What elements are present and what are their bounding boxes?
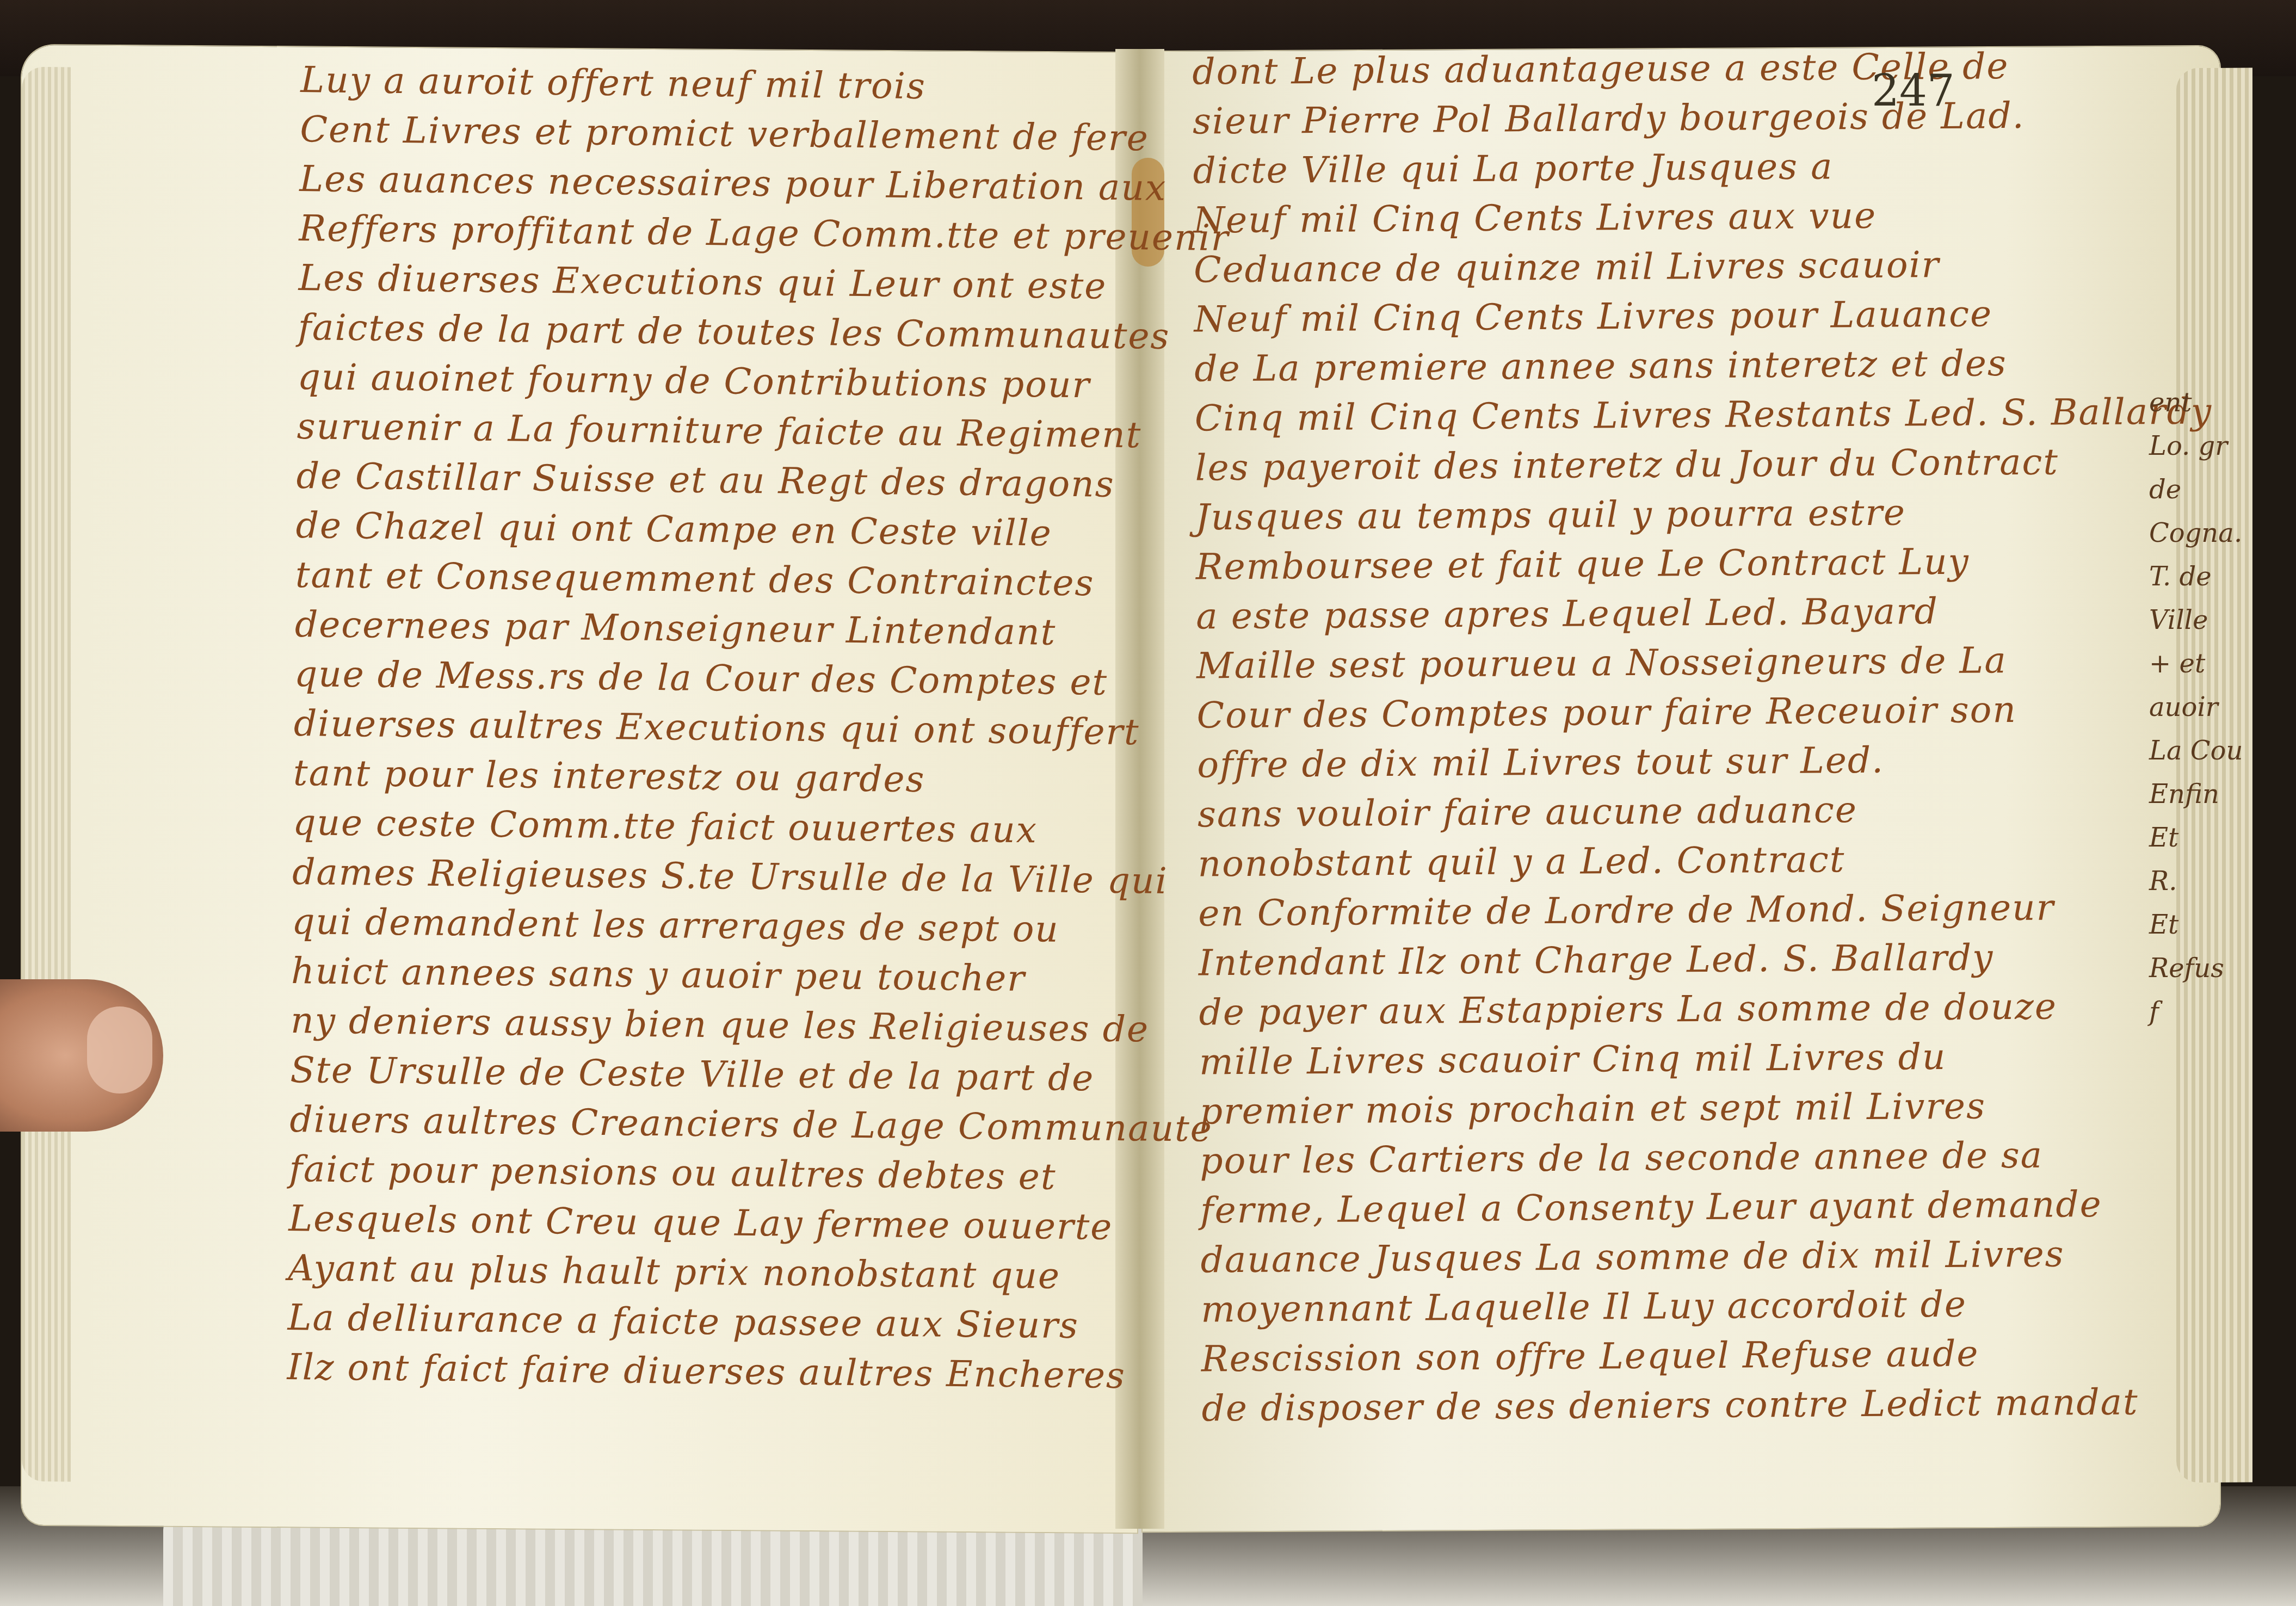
thumbnail	[87, 1006, 152, 1094]
manuscript-line: Les auances necessaires pour Liberation …	[299, 154, 1230, 213]
manuscript-line: ferme, Lequel a Consenty Leur ayant dema…	[1200, 1178, 2218, 1235]
manuscript-line: Reffers proffitant de Lage Comm.tte et p…	[299, 203, 1230, 263]
manuscript-line: a este passe apres Lequel Led. Bayard	[1196, 584, 2214, 641]
margin-note: ent	[2149, 381, 2243, 424]
margin-note: Et	[2149, 816, 2243, 860]
manuscript-line: huict annees sans y auoir peu toucher	[291, 946, 1222, 1005]
manuscript-line: Les diuerses Executions qui Leur ont est…	[298, 253, 1229, 312]
manuscript-line: dicte Ville qui La porte Jusques a	[1193, 139, 2211, 195]
margin-note: Et	[2149, 903, 2243, 947]
manuscript-line: suruenir a La fourniture faicte au Regim…	[297, 401, 1227, 461]
manuscript-line: Neuf mil Cinq Cents Livres aux vue	[1193, 188, 2211, 245]
manuscript-line: les payeroit des interetz du Jour du Con…	[1195, 436, 2213, 492]
margin-note: Enfin	[2149, 773, 2243, 816]
manuscript-line: que de Mess.rs de la Cour des Comptes et	[294, 649, 1225, 708]
margin-note: Lo. gr	[2149, 424, 2243, 468]
margin-note: La Cou	[2149, 729, 2243, 773]
right-page-text: dont Le plus aduantageuse a este Celle d…	[1192, 40, 2219, 1434]
margin-note: R.	[2149, 860, 2243, 903]
manuscript-line: mille Livres scauoir Cinq mil Livres du	[1199, 1030, 2217, 1086]
margin-note: Ville	[2149, 598, 2243, 642]
manuscript-line: Ilz ont faict faire diuerses aultres Enc…	[287, 1342, 1218, 1401]
manuscript-line: de Castillar Suisse et au Regt des drago…	[296, 451, 1227, 510]
manuscript-line: de Chazel qui ont Campe en Ceste ville	[295, 501, 1226, 560]
manuscript-line: en Conformite de Lordre de Mond. Seigneu…	[1198, 881, 2216, 938]
manuscript-line: Cour des Comptes pour faire Receuoir son	[1196, 683, 2214, 740]
manuscript-line: Ayant au plus hault prix nonobstant que	[288, 1243, 1219, 1302]
manuscript-line: diuerses aultres Executions qui ont souf…	[294, 699, 1225, 758]
margin-note: de	[2149, 468, 2243, 511]
manuscript-line: dames Religieuses S.te Ursulle de la Vil…	[292, 847, 1223, 906]
left-page-text: Luy a auroit offert neuf mil troisCent L…	[287, 55, 1231, 1401]
manuscript-line: Neuf mil Cinq Cents Livres pour Lauance	[1194, 287, 2212, 344]
margin-notes: entLo. grdeCogna.T. deVille+ etauoirLa C…	[2149, 381, 2243, 1034]
manuscript-line: Cinq mil Cinq Cents Livres Restants Led.…	[1195, 386, 2213, 443]
manuscript-line: tant et Consequemment des Contrainctes	[295, 550, 1226, 609]
manuscript-line: premier mois prochain et sept mil Livres	[1199, 1079, 2217, 1136]
manuscript-line: de disposer de ses deniers contre Ledict…	[1201, 1376, 2219, 1433]
manuscript-line: faictes de la part de toutes les Communa…	[298, 302, 1229, 362]
manuscript-line: dont Le plus aduantageuse a este Celle d…	[1192, 40, 2210, 97]
manuscript-line: qui demandent les arrerages de sept ou	[292, 897, 1223, 956]
manuscript-line: qui auoinet fourny de Contributions pour	[297, 352, 1228, 411]
margin-note: T. de	[2149, 555, 2243, 598]
manuscript-line: dauance Jusques La somme de dix mil Livr…	[1200, 1228, 2218, 1284]
manuscript-line: de payer aux Estappiers La somme de douz…	[1199, 980, 2217, 1037]
margin-note: + et	[2149, 642, 2243, 685]
manuscript-line: Rescission son offre Lequel Refuse aude	[1201, 1327, 2219, 1383]
manuscript-line: sans vouloir faire aucune aduance	[1198, 782, 2215, 839]
manuscript-line: faict pour pensions ou aultres debtes et	[289, 1144, 1220, 1203]
manuscript-line: moyennant Laquelle Il Luy accordoit de	[1201, 1277, 2219, 1334]
manuscript-line: pour les Cartiers de la seconde annee de…	[1200, 1129, 2218, 1185]
left-page-edges	[22, 67, 71, 1482]
manuscript-line: Ste Ursulle de Ceste Ville et de la part…	[290, 1045, 1221, 1104]
manuscript-line: Jusques au temps quil y pourra estre	[1195, 485, 2213, 542]
manuscript-line: Remboursee et fait que Le Contract Luy	[1195, 535, 2213, 591]
manuscript-line: Lesquels ont Creu que Lay fermee ouuerte	[288, 1194, 1219, 1253]
manuscript-line: Maille sest pourueu a Nosseigneurs de La	[1196, 634, 2214, 690]
page-number: 247	[1872, 65, 1955, 116]
manuscript-line: decernees par Monseigneur Lintendant	[294, 600, 1225, 659]
margin-note: Cogna.	[2149, 511, 2243, 555]
manuscript-line: offre de dix mil Livres tout sur Led.	[1197, 733, 2215, 789]
manuscript-line: sieur Pierre Pol Ballardy bourgeois de L…	[1193, 90, 2211, 146]
margin-note: auoir	[2149, 685, 2243, 729]
manuscript-line: ny deniers aussy bien que les Religieuse…	[291, 996, 1221, 1055]
margin-note: Refus	[2149, 947, 2243, 990]
manuscript-line: que ceste Comm.tte faict ouuertes aux	[293, 798, 1224, 857]
manuscript-line: Cent Livres et promict verballement de f…	[300, 104, 1231, 164]
manuscript-line: de La premiere annee sans interetz et de…	[1194, 337, 2212, 393]
margin-note: f	[2149, 990, 2243, 1034]
manuscript-line: nonobstant quil y a Led. Contract	[1198, 832, 2215, 888]
manuscript-line: Intendant Ilz ont Charge Led. S. Ballard…	[1199, 931, 2217, 987]
manuscript-line: La delliurance a faicte passee aux Sieur…	[287, 1293, 1218, 1352]
manuscript-line: Ceduance de quinze mil Livres scauoir	[1194, 238, 2212, 294]
manuscript-line: tant pour les interestz ou gardes	[293, 748, 1224, 807]
manuscript-line: Luy a auroit offert neuf mil trois	[300, 55, 1231, 114]
manuscript-line: diuers aultres Creanciers de Lage Commun…	[289, 1095, 1220, 1154]
